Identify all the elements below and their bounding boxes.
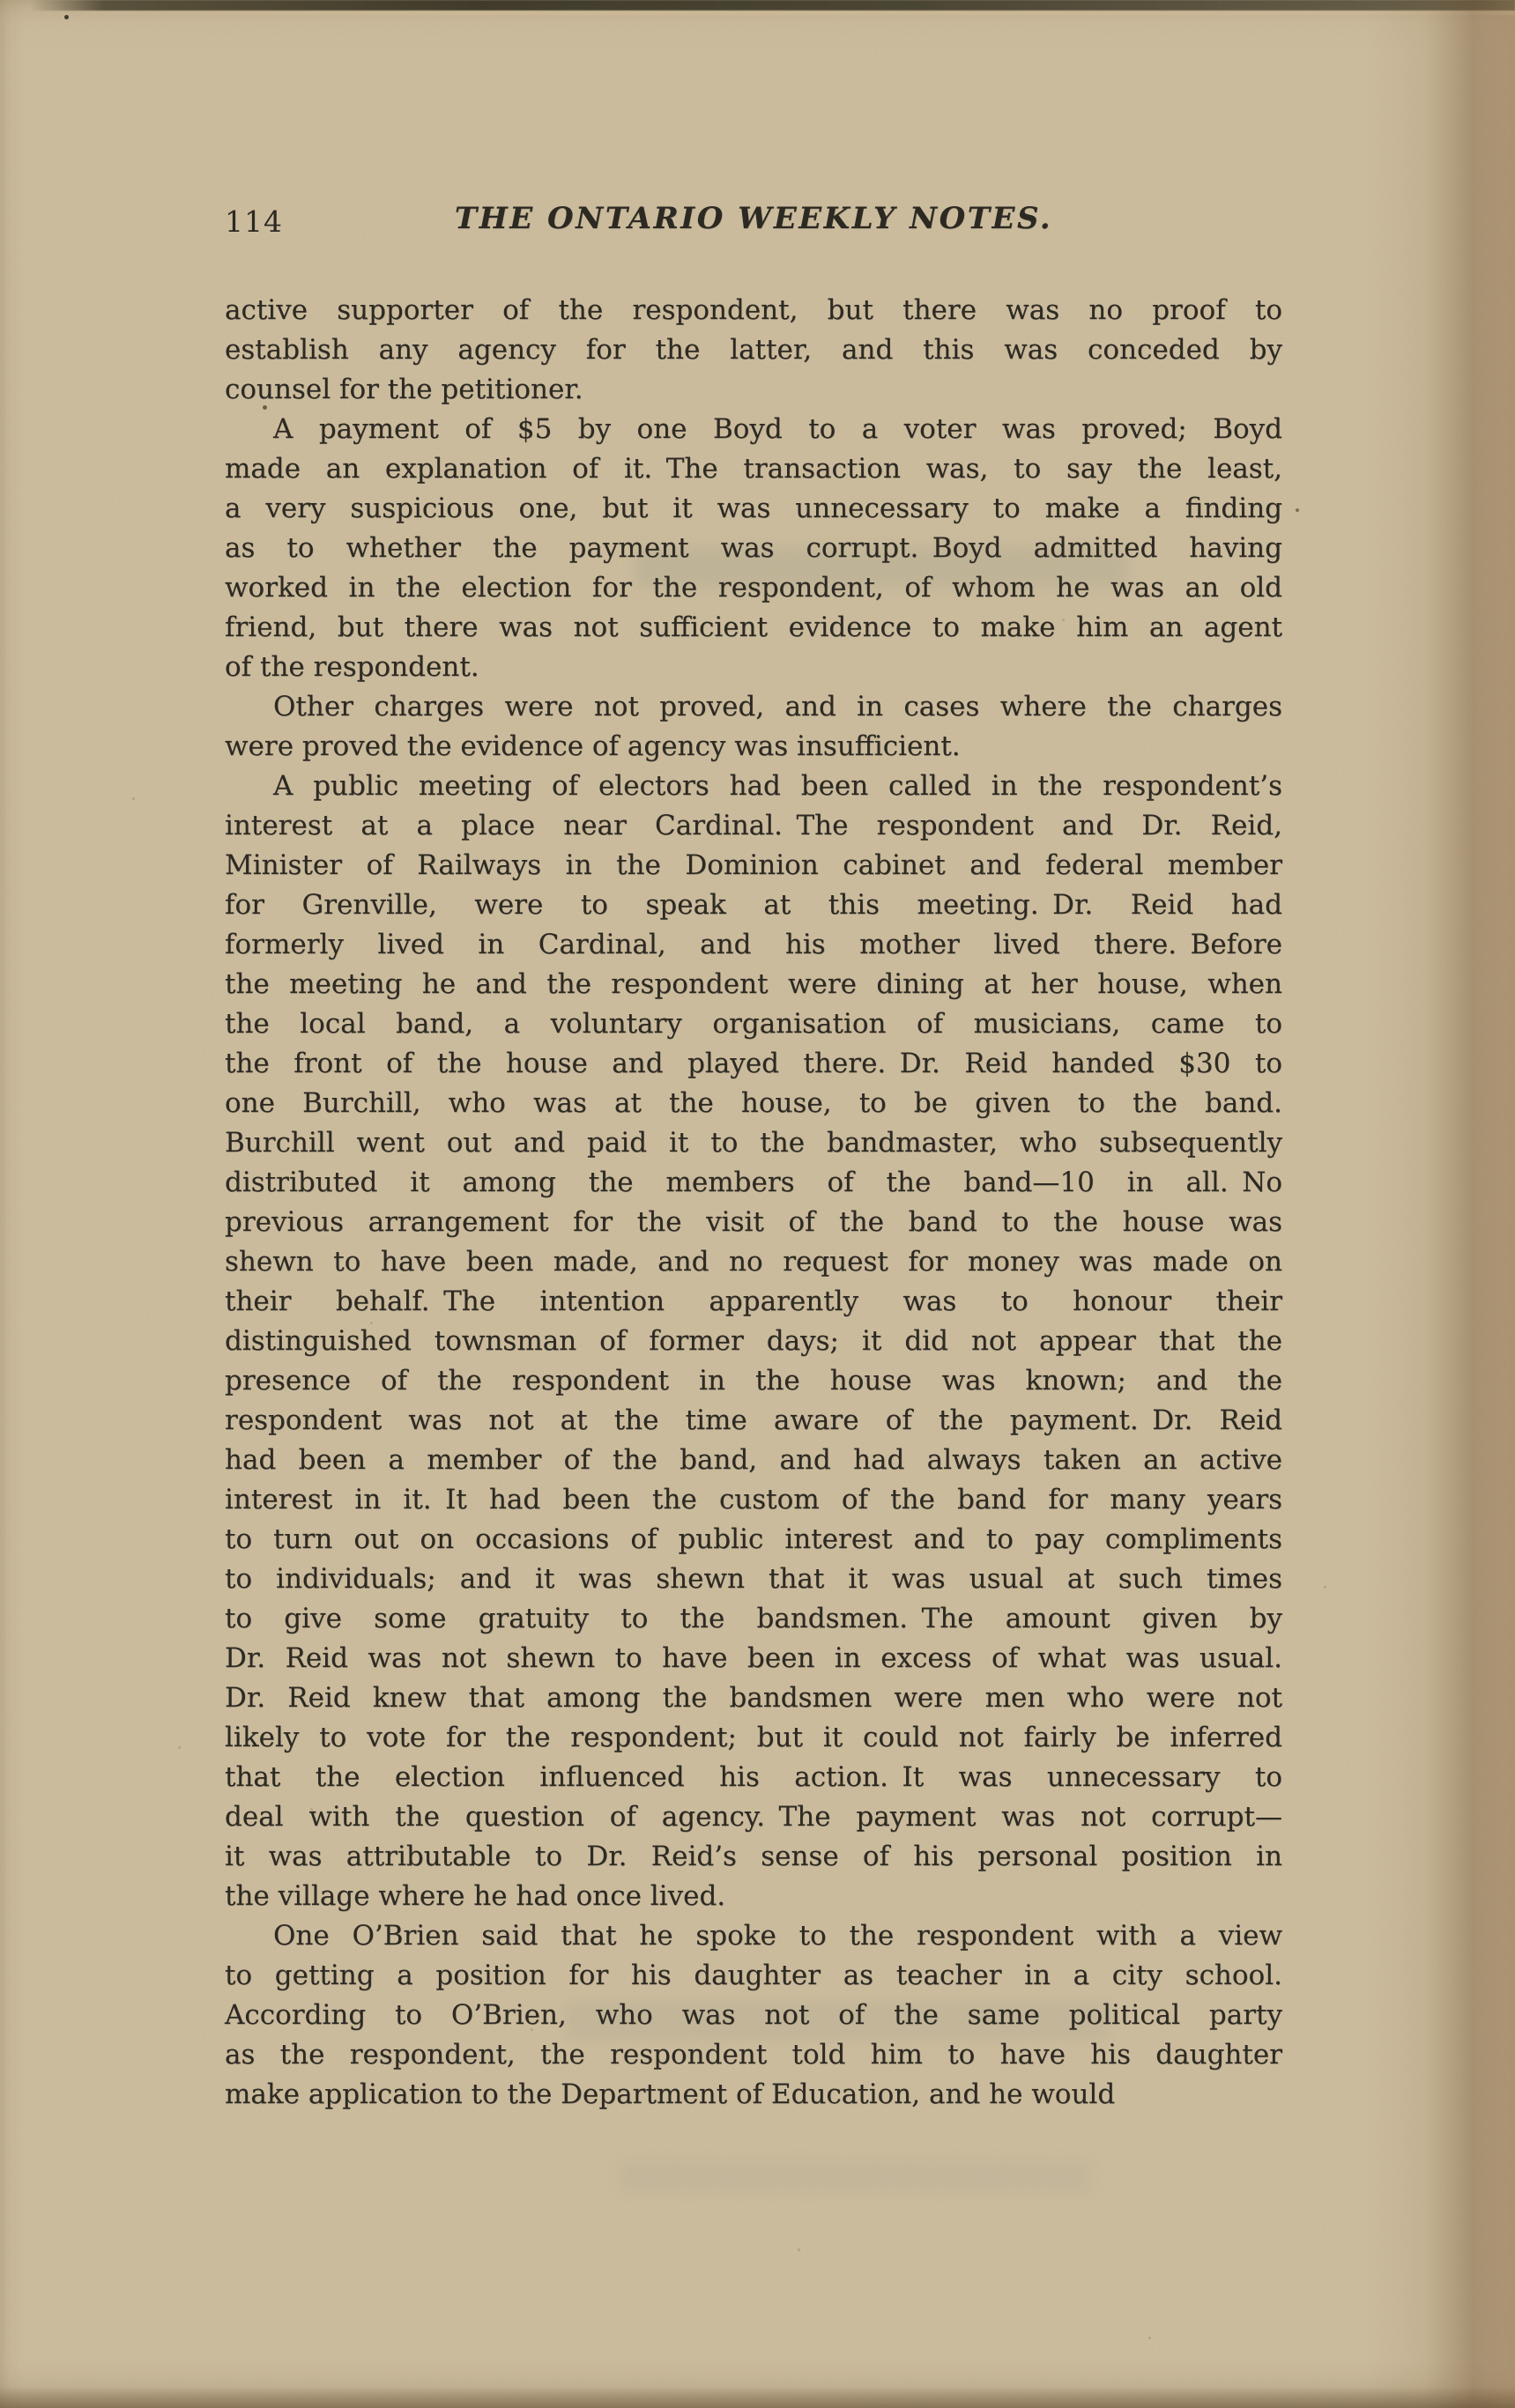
text-line: formerly lived in Cardinal, and his moth…	[225, 925, 1282, 965]
paper-fibre	[798, 2249, 800, 2251]
text-line: that the election influenced his action.…	[225, 1758, 1282, 1797]
text-line: distinguished townsman of former days; i…	[225, 1322, 1282, 1361]
text-line: the front of the house and played there.…	[225, 1044, 1282, 1084]
page-bottom-shadow	[0, 2387, 1515, 2408]
text-line: Dr. Reid knew that among the bandsmen we…	[225, 1678, 1282, 1718]
text-line: A public meeting of electors had been ca…	[225, 767, 1282, 806]
text-line: establish any agency for the latter, and…	[225, 330, 1282, 370]
text-line: as to whether the payment was corrupt. B…	[225, 529, 1282, 568]
ink-speck	[64, 15, 69, 19]
text-line: were proved the evidence of agency was i…	[225, 727, 1282, 767]
text-line: made an explanation of it. The transacti…	[225, 449, 1282, 489]
text-line: worked in the election for the responden…	[225, 568, 1282, 608]
text-line: According to O’Brien, who was not of the…	[225, 1996, 1282, 2035]
text-line: to give some gratuity to the bandsmen. T…	[225, 1599, 1282, 1639]
text-line: friend, but there was not sufficient evi…	[225, 608, 1282, 648]
text-line: make application to the Department of Ed…	[225, 2075, 1282, 2115]
text-line: One O’Brien said that he spoke to the re…	[225, 1916, 1282, 1956]
text-line: to individuals; and it was shewn that it…	[225, 1560, 1282, 1599]
running-head-title: THE ONTARIO WEEKLY NOTES.	[225, 201, 1282, 236]
text-line: Minister of Railways in the Dominion cab…	[225, 846, 1282, 885]
text-line: previous arrangement for the visit of th…	[225, 1203, 1282, 1242]
text-line: Dr. Reid was not shewn to have been in e…	[225, 1639, 1282, 1678]
paragraph: Other charges were not proved, and in ca…	[225, 687, 1282, 767]
text-line: it was attributable to Dr. Reid’s sense …	[225, 1837, 1282, 1877]
text-line: to turn out on occasions of public inter…	[225, 1520, 1282, 1560]
scanned-book-page: 114 THE ONTARIO WEEKLY NOTES. active sup…	[0, 0, 1515, 2408]
text-line: shewn to have been made, and no request …	[225, 1242, 1282, 1282]
text-line: counsel for the petitioner.	[225, 370, 1282, 410]
text-line: presence of the respondent in the house …	[225, 1361, 1282, 1401]
text-line: A payment of $5 by one Boyd to a voter w…	[225, 410, 1282, 449]
paper-fibre	[132, 797, 135, 800]
text-line: one Burchill, who was at the house, to b…	[225, 1084, 1282, 1123]
text-line: to getting a position for his daughter a…	[225, 1956, 1282, 1996]
text-line: Burchill went out and paid it to the ban…	[225, 1123, 1282, 1163]
running-head-row: 114 THE ONTARIO WEEKLY NOTES.	[225, 201, 1282, 240]
paragraph: One O’Brien said that he spoke to the re…	[225, 1916, 1282, 2115]
text-line: deal with the question of agency. The pa…	[225, 1797, 1282, 1837]
text-line: their behalf. The intention apparently w…	[225, 1282, 1282, 1322]
paper-fibre	[1148, 2337, 1151, 2339]
page-gutter-shadow	[1365, 0, 1515, 2408]
text-line: interest in it. It had been the custom o…	[225, 1480, 1282, 1520]
text-line: the local band, a voluntary organisation…	[225, 1004, 1282, 1044]
ink-speck	[1296, 508, 1299, 512]
text-block: active supporter of the respondent, but …	[225, 291, 1282, 2115]
text-line: of the respondent.	[225, 648, 1282, 687]
paragraph: A payment of $5 by one Boyd to a voter w…	[225, 410, 1282, 687]
text-line: interest at a place near Cardinal. The r…	[225, 806, 1282, 846]
paper-fibre	[178, 1746, 181, 1749]
text-line: distributed it among the members of the …	[225, 1163, 1282, 1203]
text-line: a very suspicious one, but it was unnece…	[225, 489, 1282, 529]
text-line: likely to vote for the respondent; but i…	[225, 1718, 1282, 1758]
text-line: respondent was not at the time aware of …	[225, 1401, 1282, 1441]
paragraph: A public meeting of electors had been ca…	[225, 767, 1282, 1916]
scan-top-edge	[30, 0, 1515, 11]
text-line: had been a member of the band, and had a…	[225, 1441, 1282, 1480]
ink-showthrough	[617, 2159, 1093, 2194]
text-line: Other charges were not proved, and in ca…	[225, 687, 1282, 727]
text-line: for Grenville, were to speak at this mee…	[225, 885, 1282, 925]
text-line: active supporter of the respondent, but …	[225, 291, 1282, 330]
text-line: the village where he had once lived.	[225, 1877, 1282, 1916]
text-line: as the respondent, the respondent told h…	[225, 2035, 1282, 2075]
paper-fibre	[1324, 1586, 1326, 1589]
text-line: the meeting he and the respondent were d…	[225, 965, 1282, 1004]
scan-top-edge-highlight	[53, 11, 1515, 15]
paragraph: active supporter of the respondent, but …	[225, 291, 1282, 410]
